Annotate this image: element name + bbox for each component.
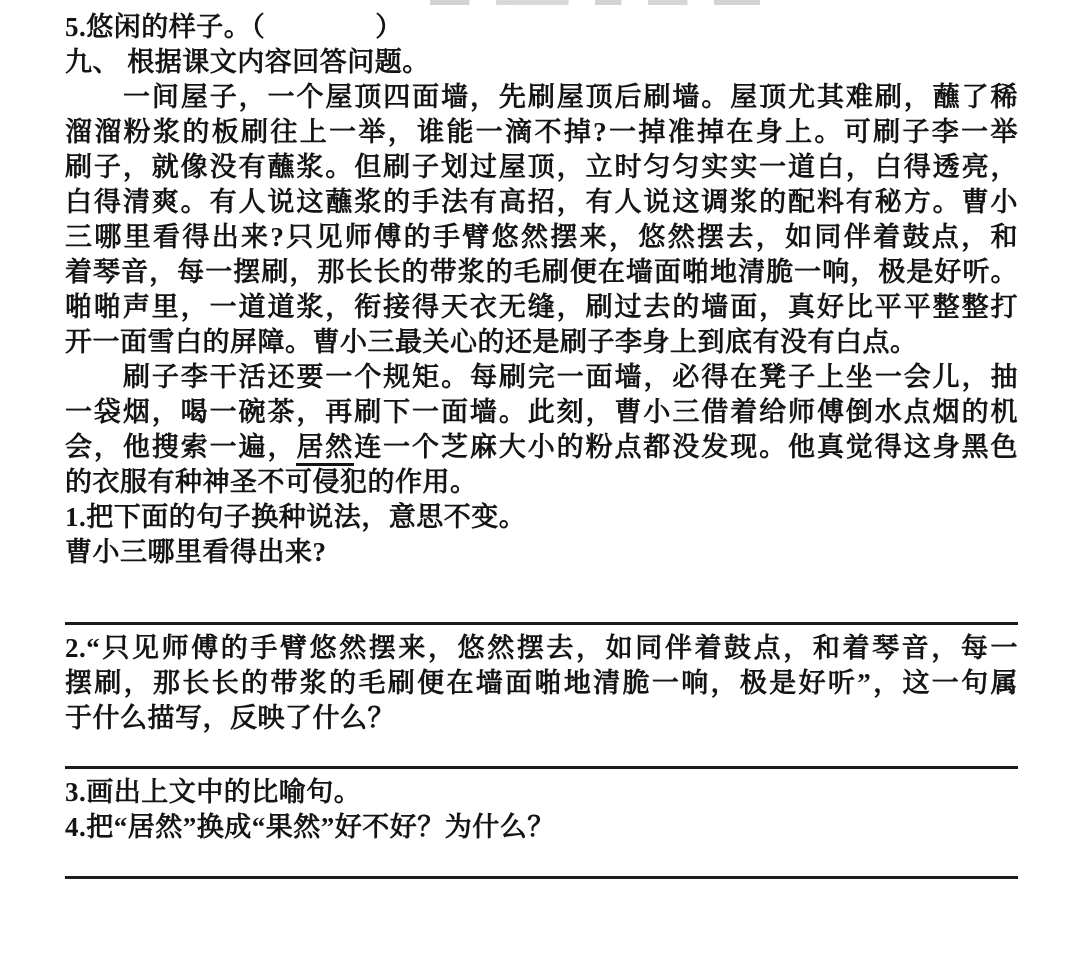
passage-p2-line-1: 刷子李干活还要一个规矩。每刷完一面墙，必得在凳子上坐一会儿，抽 (65, 360, 1018, 395)
answer-divider-3 (65, 876, 1018, 879)
question-2-line-2: 摆刷，那长长的带浆的毛刷便在墙面啪地清脆一响，极是好听”，这一句属 (65, 666, 1018, 701)
question-1-text: 1.把下面的句子换种说法，意思不变。 (65, 500, 1018, 535)
passage-p1-line-7: 啪啪声里，一道道浆，衔接得天衣无缝，刷过去的墙面，真好比平平整整打 (65, 290, 1018, 325)
passage-p1-line-2: 溜溜粉浆的板刷往上一举，谁能一滴不掉?一掉准掉在身上。可刷子李一举 (65, 115, 1018, 150)
passage-p1-line-3: 刷子，就像没有蘸浆。但刷子划过屋顶，立时匀匀实实一道白，白得透亮， (65, 150, 1018, 185)
question-1-sentence: 曹小三哪里看得出来? (65, 535, 1018, 570)
underlined-word: 居然 (296, 432, 354, 466)
passage-text-before-underline: 会，他搜索一遍， (65, 432, 296, 462)
clipped-text-fragment (430, 0, 760, 5)
question-5-text: 5.悠闲的样子。（ ） (65, 10, 1018, 45)
question-4-text: 4.把“居然”换成“果然”好不好？为什么？ (65, 810, 1018, 845)
passage-p2-line-3: 会，他搜索一遍，居然连一个芝麻大小的粉点都没发现。他真觉得这身黑色 (65, 430, 1018, 465)
question-2-line-3: 于什么描写，反映了什么？ (65, 701, 1018, 736)
passage-p1-line-5: 三哪里看得出来?只见师傅的手臂悠然摆来，悠然摆去，如同伴着鼓点，和 (65, 220, 1018, 255)
passage-p1-line-8: 开一面雪白的屏障。曹小三最关心的还是刷子李身上到底有没有白点。 (65, 325, 1018, 360)
passage-text-after-underline: 连一个芝麻大小的粉点都没发现。他真觉得这身黑色 (354, 432, 1018, 462)
passage-p1-line-4: 白得清爽。有人说这蘸浆的手法有高招，有人说这调浆的配料有秘方。曹小 (65, 185, 1018, 220)
passage-p1-line-6: 着琴音，每一摆刷，那长长的带浆的毛刷便在墙面啪地清脆一响，极是好听。 (65, 255, 1018, 290)
answer-divider-1 (65, 622, 1018, 625)
question-2-line-1: 2.“只见师傅的手臂悠然摆来，悠然摆去，如同伴着鼓点，和着琴音，每一 (65, 631, 1018, 666)
passage-p2-line-4: 的衣服有种神圣不可侵犯的作用。 (65, 465, 1018, 500)
worksheet-content: 5.悠闲的样子。（ ） 九、 根据课文内容回答问题。 一间屋子，一个屋顶四面墙，… (0, 0, 1080, 879)
section-9-heading: 九、 根据课文内容回答问题。 (65, 45, 1018, 80)
answer-divider-2 (65, 766, 1018, 769)
passage-p1-line-1: 一间屋子，一个屋顶四面墙，先刷屋顶后刷墙。屋顶尤其难刷，蘸了稀 (65, 80, 1018, 115)
worksheet-page: 5.悠闲的样子。（ ） 九、 根据课文内容回答问题。 一间屋子，一个屋顶四面墙，… (0, 0, 1080, 953)
passage-p2-line-2: 一袋烟，喝一碗茶，再刷下一面墙。此刻，曹小三借着给师傅倒水点烟的机 (65, 395, 1018, 430)
question-3-text: 3.画出上文中的比喻句。 (65, 775, 1018, 810)
